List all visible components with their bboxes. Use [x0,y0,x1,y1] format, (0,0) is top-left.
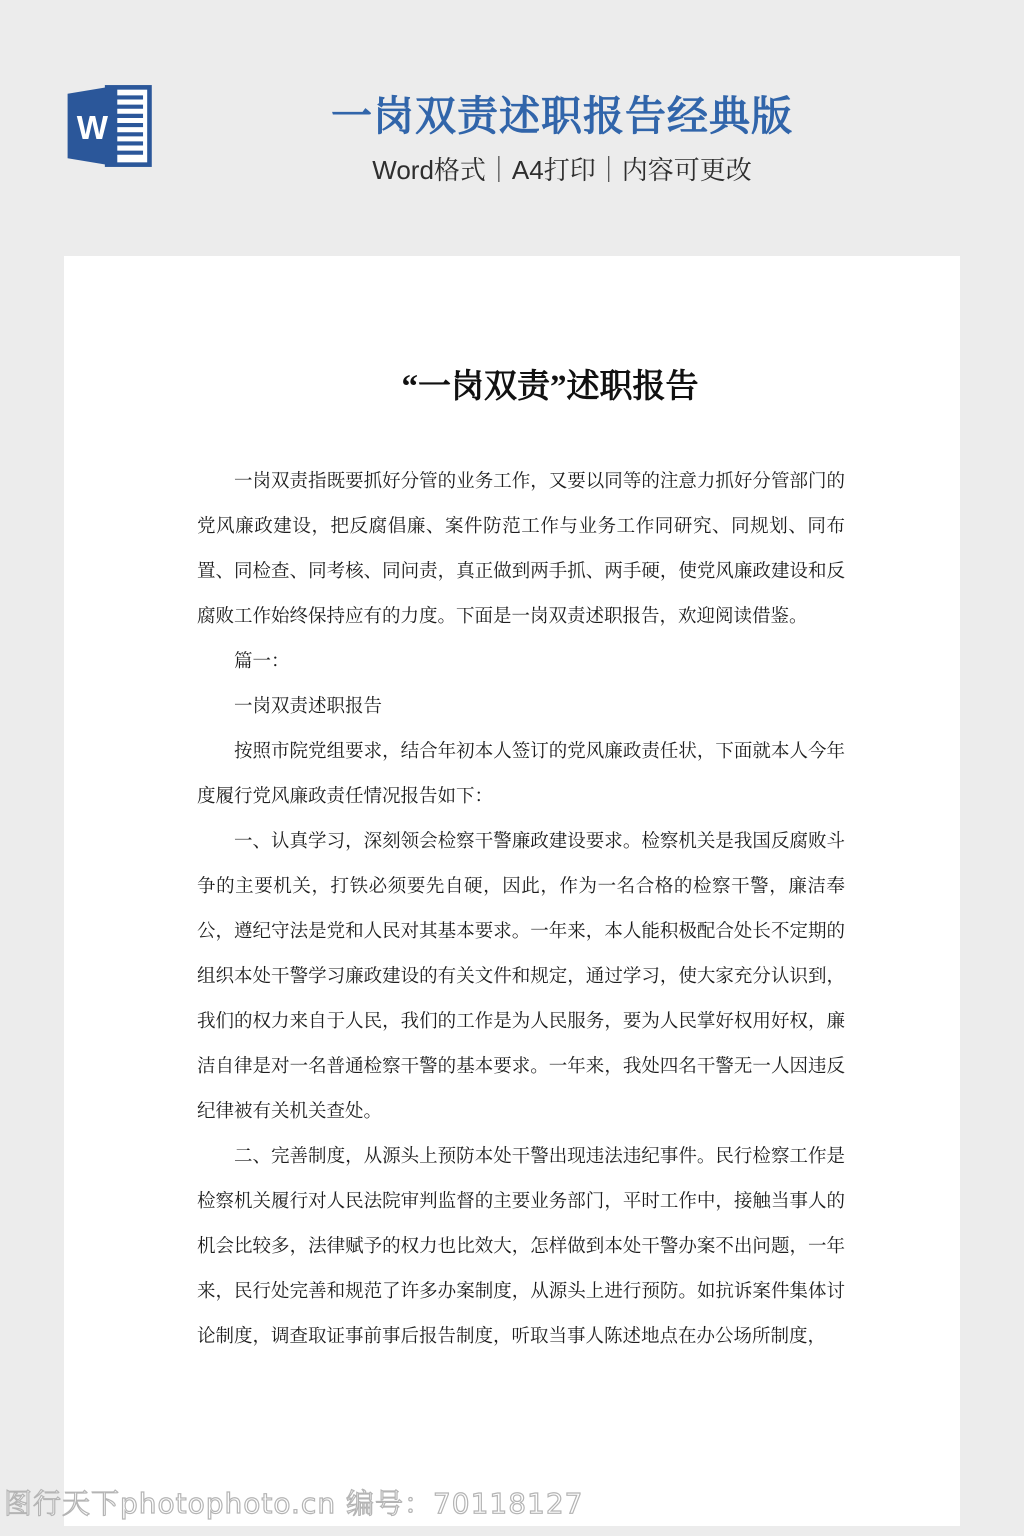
paragraph: 一岗双责指既要抓好分管的业务工作，又要以同等的注意力抓好分管部门的党风廉政建设，… [197,460,845,640]
page-canvas: W 一岗双责述职报告经典版 Word格式｜A4打印｜内容可更改 “一岗双责”述职… [0,0,1024,1536]
header: W 一岗双责述职报告经典版 Word格式｜A4打印｜内容可更改 [0,0,1024,256]
paragraph: 篇一： [197,640,845,685]
template-title: 一岗双责述职报告经典版 [100,92,1024,140]
document-title: “一岗双责”述职报告 [102,256,998,410]
paragraph: 二、完善制度，从源头上预防本处干警出现违法违纪事件。民行检察工作是检察机关履行对… [197,1135,845,1360]
document-page: “一岗双责”述职报告 一岗双责指既要抓好分管的业务工作，又要以同等的注意力抓好分… [64,256,960,1526]
paragraph: 按照市院党组要求，结合年初本人签订的党风廉政责任状，下面就本人今年度履行党风廉政… [197,730,845,820]
paragraph: 一、认真学习，深刻领会检察干警廉政建设要求。检察机关是我国反腐败斗争的主要机关，… [197,820,845,1135]
template-subtitle: Word格式｜A4打印｜内容可更改 [100,154,1024,186]
document-body: 一岗双责指既要抓好分管的业务工作，又要以同等的注意力抓好分管部门的党风廉政建设，… [197,460,845,1360]
header-text: 一岗双责述职报告经典版 Word格式｜A4打印｜内容可更改 [0,0,1024,186]
paragraph: 一岗双责述职报告 [197,685,845,730]
site-watermark: 图行天下photophoto.cn 编号：70118127 [4,1486,584,1522]
